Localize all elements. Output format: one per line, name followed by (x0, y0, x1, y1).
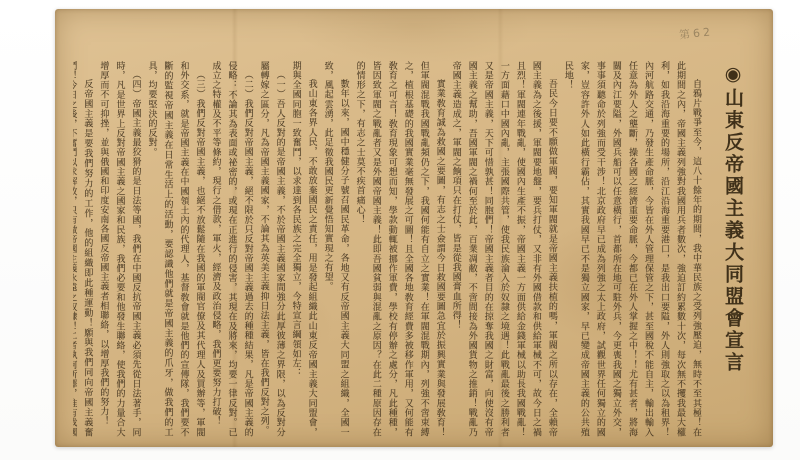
paragraph-warlords: 吾民今日要不願做軍閥，要知軍閥就是帝國主義扶植的嗎，軍閥之所以存在，全賴帝國主義… (448, 61, 560, 437)
paragraph-closing: 反帝國主義是要我們努力的工作，他的組織即此種運動！願與我們同向帝國主義奮鬥！今日… (73, 61, 95, 437)
declaration-item-1: （一）吾人反對的是帝國主義，不於帝國主義國家間強分此厚彼薄之界限，以為反對分屬轉… (256, 61, 288, 437)
declaration-item-3: （三）我們反對帝國主義，也絕不放鬆隨在我國的軍閥官僚及其代理人及買辦等，軍閥和外… (143, 61, 207, 437)
paragraph-industry-education: 實業敎育誠為救國之要圖，有志之士僉謂今日救國要圖急宜於振興實業與發展敎育！但軍閥… (352, 61, 448, 437)
scan-background: 第62 ◉山東反帝國主義大同盟會宣言 自鴉片戰爭至今，這八十餘年的期間，我中華民… (0, 0, 800, 460)
paragraph-national-revolution: 數年以來，國中穩健分子號召國民革命，各地又有反帝國主義大同盟之組織，全國一致，風… (320, 61, 352, 437)
declaration-item-4: （四）帝國主義最狡猾的是日法等國，我們在中國反抗帝國主義必須先從日法著手，同時，… (95, 61, 143, 437)
document-text-area: ◉山東反帝國主義大同盟會宣言 自鴉片戰爭至今，這八十餘年的期間，我中華民族之受列… (73, 61, 747, 437)
paragraph-shandong-founding: 我山東各界人民，不敢放棄國民之責任，用是發起組織此山東反帝國主義大同盟會，期與全… (288, 61, 320, 437)
declaration-item-2: （二）我們反對帝國主義，絕不限於只反對帝國主義過去的種種結果，凡是帝國主義的侵略… (208, 61, 256, 437)
document-title: ◉山東反帝國主義大同盟會宣言 (704, 61, 747, 437)
document-paper: 第62 ◉山東反帝國主義大同盟會宣言 自鴉片戰爭至今，這八十餘年的期間，我中華民… (55, 9, 773, 447)
pencil-annotation: 第62 (678, 23, 713, 42)
paragraph-opening: 自鴉片戰爭至今，這八十餘年的期間，我中華民族之受列強壓迫，無時不至其極！在此期間… (560, 61, 704, 437)
